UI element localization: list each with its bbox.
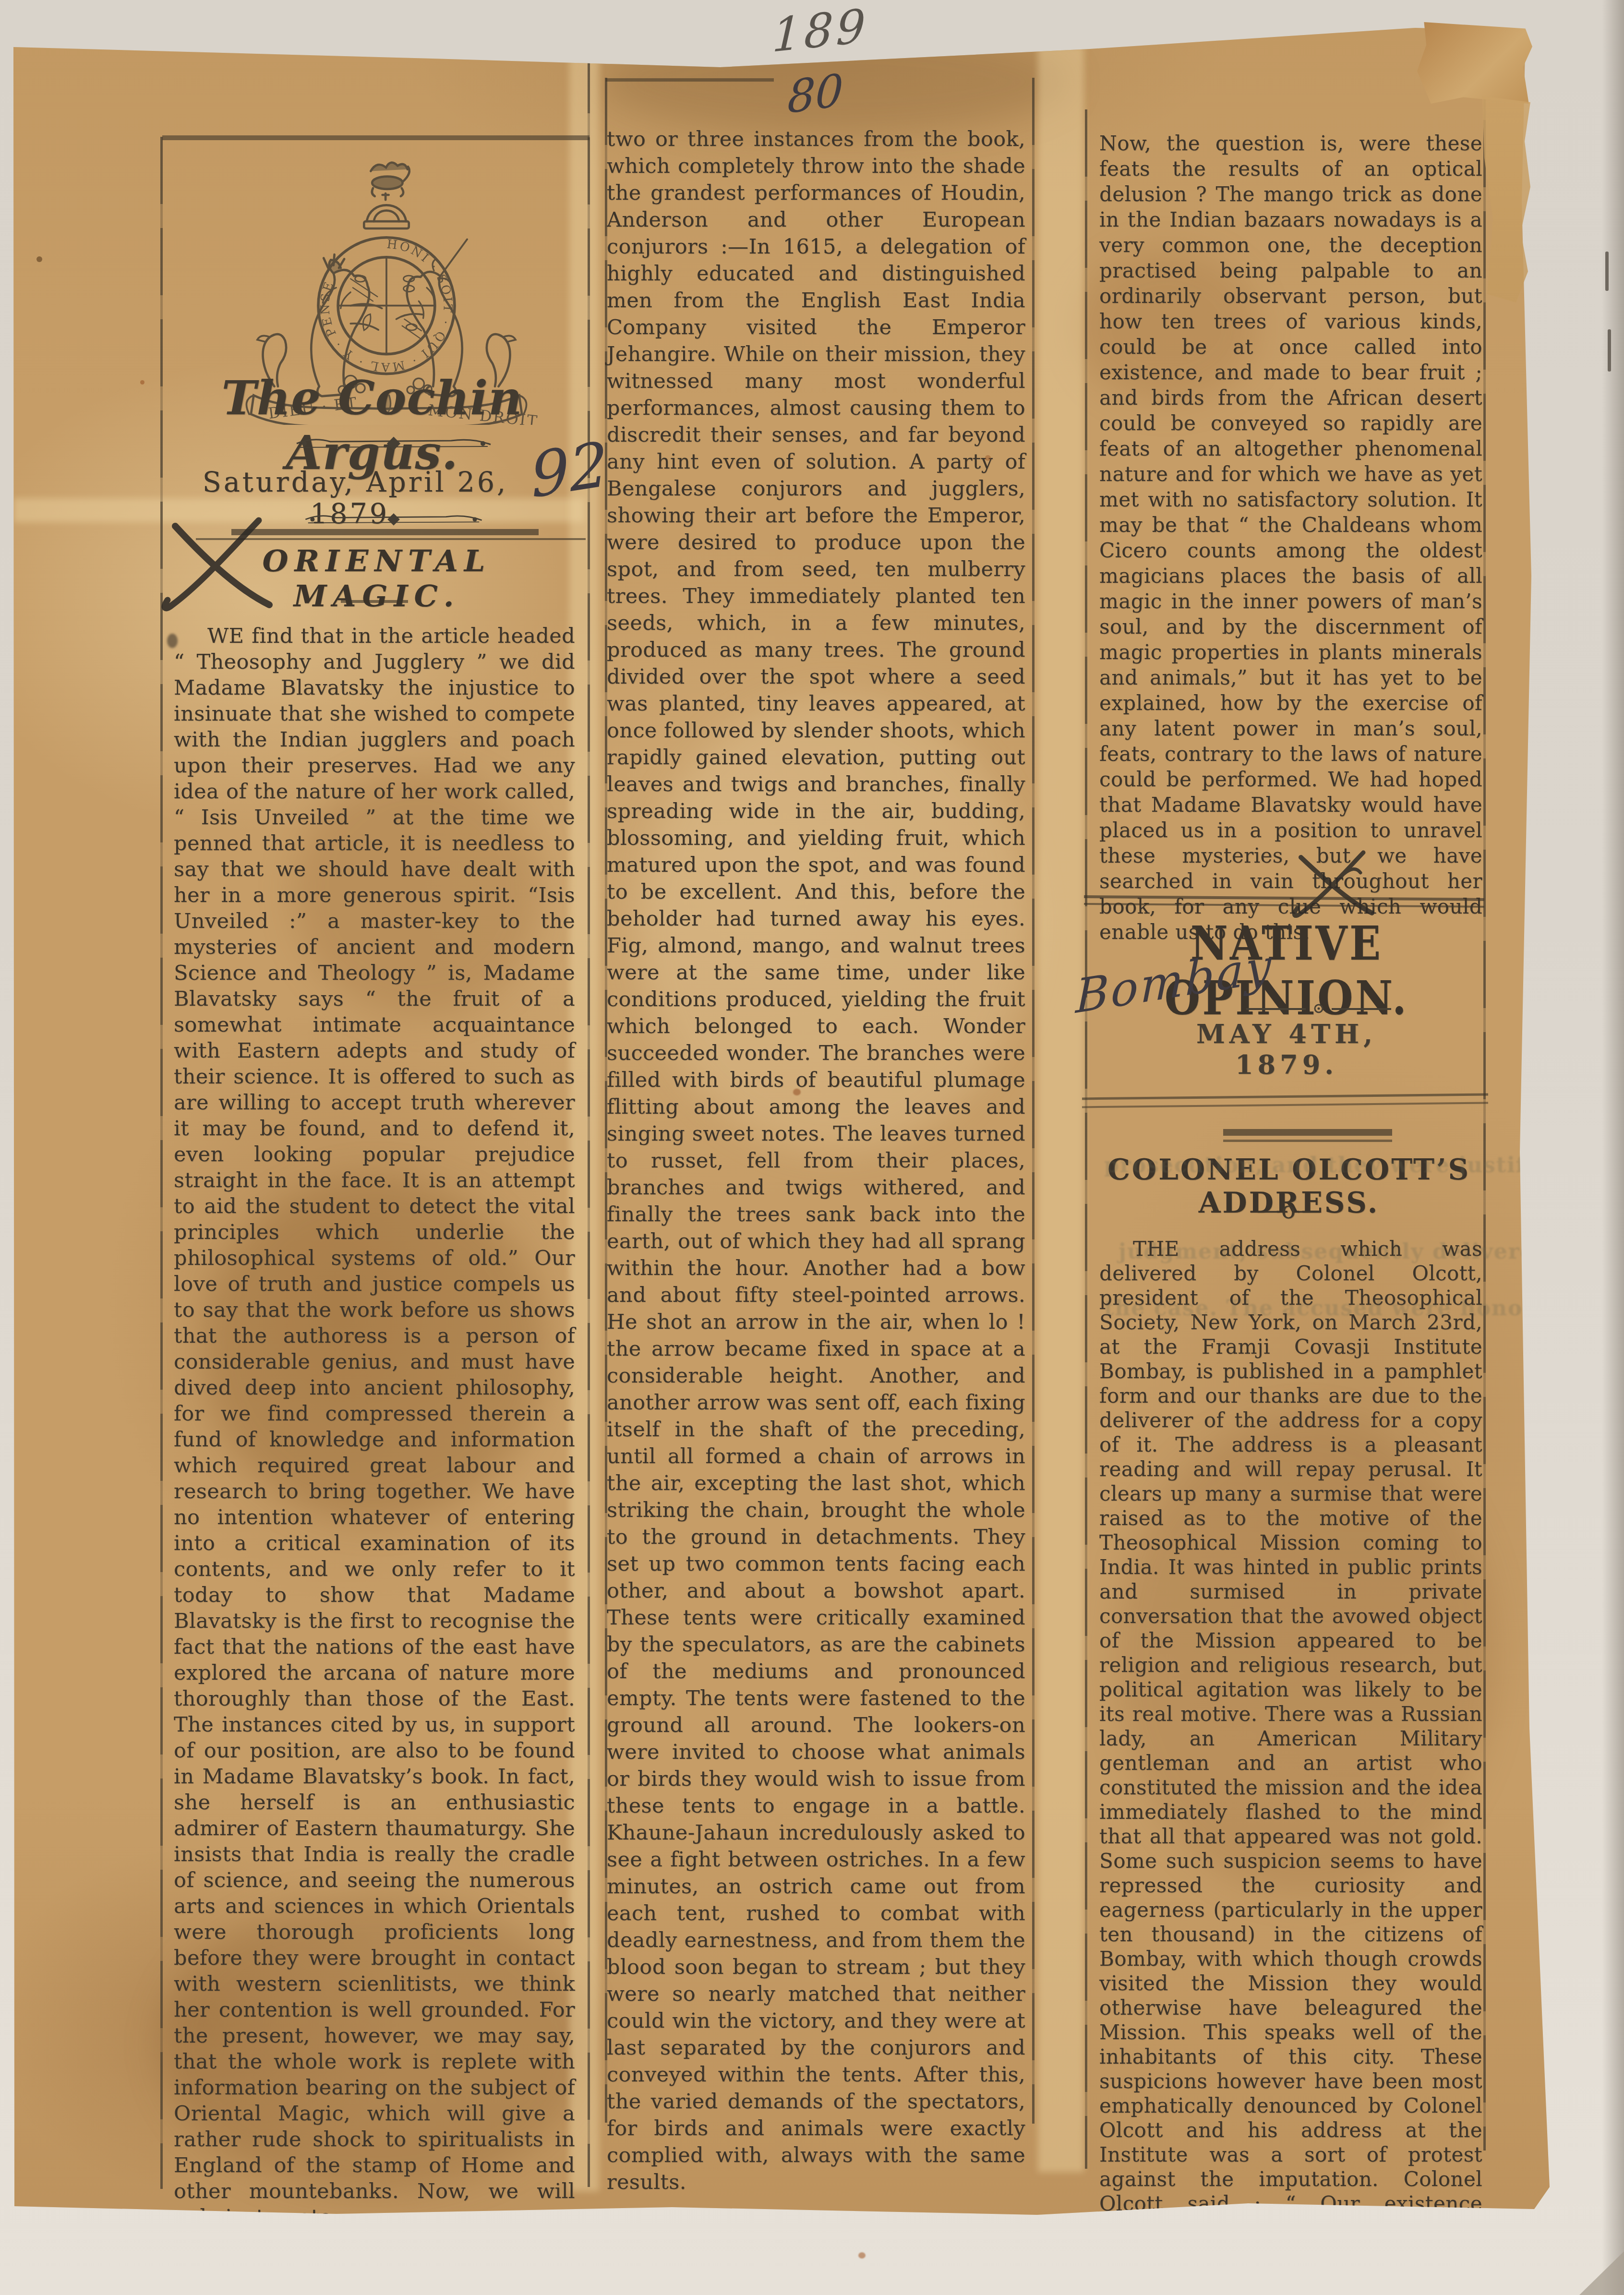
- page-edge-shadow: [1602, 0, 1624, 2295]
- handwritten-issue-number: 92: [529, 428, 610, 512]
- rust-speck: [36, 256, 42, 262]
- column2-top-rule: [606, 78, 774, 82]
- tape-residue: [1417, 22, 1532, 104]
- column-rule: [1032, 78, 1035, 2124]
- heading-top-bar-thin: [1223, 1140, 1392, 1142]
- article-heading-oriental-magic: ORIENTAL MAGIC.: [192, 543, 562, 613]
- native-opinion-date: MAY 4TH, 1879.: [1152, 1019, 1421, 1080]
- masthead-divider-ornament: [293, 510, 494, 529]
- handwritten-page-number: 189: [771, 0, 869, 63]
- article-text-column1: WE find that in the article headed “ The…: [174, 623, 575, 2193]
- scrapbook-album-page: HONI · SOIT · QUI · MAL · Y · PENSE: [0, 0, 1624, 2295]
- heading-top-bar: [1223, 1129, 1392, 1136]
- dateline-rule: [1082, 1102, 1488, 1108]
- article-text-column2: two or three instances from the book, wh…: [607, 126, 1025, 2113]
- column3-top-rule: [1104, 13, 1483, 17]
- masthead-top-rule: [162, 135, 589, 140]
- rust-speck: [793, 1089, 801, 1095]
- rust-speck: [858, 2252, 866, 2259]
- o-divider: —o—: [1248, 1196, 1330, 1224]
- bleed-through-text: prosecution, and they were justified: [1104, 1153, 1488, 1178]
- rust-speck: [140, 380, 144, 385]
- column-rule: [588, 46, 590, 2187]
- column-rule: [1483, 29, 1486, 2151]
- clipping-seam: [1038, 46, 1084, 2172]
- heading-underline: [341, 600, 408, 603]
- article-text-native-opinion: THE address which was delivered by Colon…: [1099, 1237, 1482, 2192]
- masthead-title: The Cochin Argus.: [158, 371, 586, 480]
- masthead-divider-ornament: [293, 433, 494, 454]
- native-opinion-divider: [1244, 1001, 1393, 1016]
- handwritten-x-mark: [1287, 845, 1383, 922]
- newspaper-clipping: HONI · SOIT · QUI · MAL · Y · PENSE: [0, 0, 1624, 2295]
- rust-speck: [985, 455, 991, 461]
- handwritten-clipping-number: 80: [787, 64, 844, 124]
- dateline-rule: [1082, 1093, 1488, 1100]
- column-rule: [1085, 109, 1087, 2169]
- article-text-column3: Now, the question is, were these feats t…: [1099, 131, 1482, 899]
